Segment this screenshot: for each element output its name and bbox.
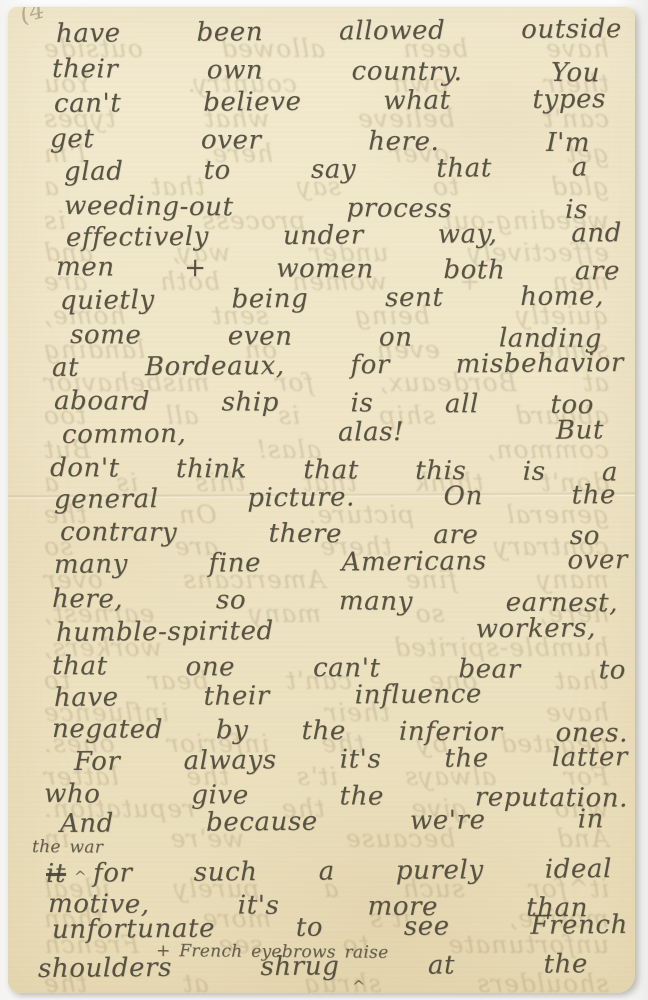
letter-line: humble-spirited workers, <box>56 613 596 654</box>
letter-page: have been allowed outsidetheir own count… <box>8 7 635 993</box>
insertion-caret: ^ <box>352 977 365 993</box>
letter-line-text: for such a purely ideal <box>93 854 612 889</box>
letter-line: have been allowed outside <box>56 14 622 55</box>
letter-line: shoulders shrug at the <box>38 949 588 990</box>
letter-line: can't believe what types <box>54 84 606 125</box>
letter-line: For always it's the latter <box>74 742 628 783</box>
letter-line: quietly being sent home, <box>60 281 604 322</box>
letter-line: general picture. On the <box>54 480 616 521</box>
letter-line: glad to say that a <box>64 152 588 193</box>
letter-line: And because we're in <box>60 804 604 845</box>
letter-line: common, alas! But <box>62 415 604 456</box>
letter-line: many fine Americans over <box>54 545 628 586</box>
insertion-caret: ^ <box>74 868 87 886</box>
deleted-word: it <box>46 859 66 889</box>
letter-line-insertion: the war <box>32 837 103 860</box>
letter-body: have been allowed outside their own coun… <box>8 7 635 993</box>
letter-line: have their influence <box>54 679 482 719</box>
scan-background: have been allowed outsidetheir own count… <box>0 0 648 1000</box>
letter-line: at Bordeaux, for misbehavior <box>52 348 624 389</box>
